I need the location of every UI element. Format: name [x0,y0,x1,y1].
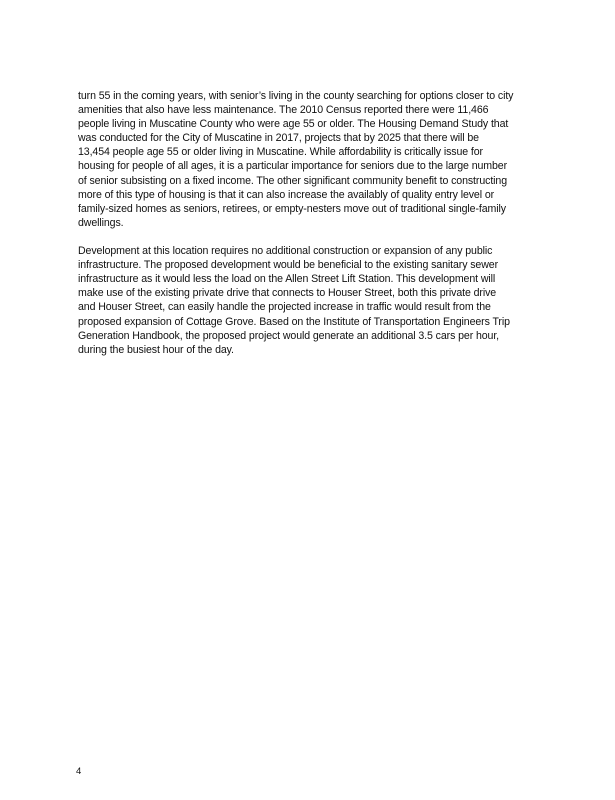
text-line: infrastructure. The proposed development… [78,258,558,272]
text-line: dwellings. [78,216,558,230]
text-line: Generation Handbook, the proposed projec… [78,329,558,343]
paragraph-infrastructure: Development at this location requires no… [78,244,558,357]
text-line: was conducted for the City of Muscatine … [78,131,558,145]
text-line: proposed expansion of Cottage Grove. Bas… [78,315,558,329]
paragraph-senior-housing: turn 55 in the coming years, with senior… [78,89,558,230]
text-line: family-sized homes as seniors, retirees,… [78,202,558,216]
text-line: housing for people of all ages, it is a … [78,159,558,173]
text-line: make use of the existing private drive t… [78,286,558,300]
text-line: infrastructure as it would less the load… [78,272,558,286]
text-line: 13,454 people age 55 or older living in … [78,145,558,159]
text-line: and Houser Street, can easily handle the… [78,300,558,314]
text-line: more of this type of housing is that it … [78,188,558,202]
body-text: turn 55 in the coming years, with senior… [78,89,558,371]
text-line: turn 55 in the coming years, with senior… [78,89,558,103]
text-line: of senior subsisting on a fixed income. … [78,174,558,188]
text-line: during the busiest hour of the day. [78,343,558,357]
page-number: 4 [76,766,81,777]
text-line: amenities that also have less maintenanc… [78,103,558,117]
document-page: turn 55 in the coming years, with senior… [0,0,615,800]
text-line: Development at this location requires no… [78,244,558,258]
text-line: people living in Muscatine County who we… [78,117,558,131]
